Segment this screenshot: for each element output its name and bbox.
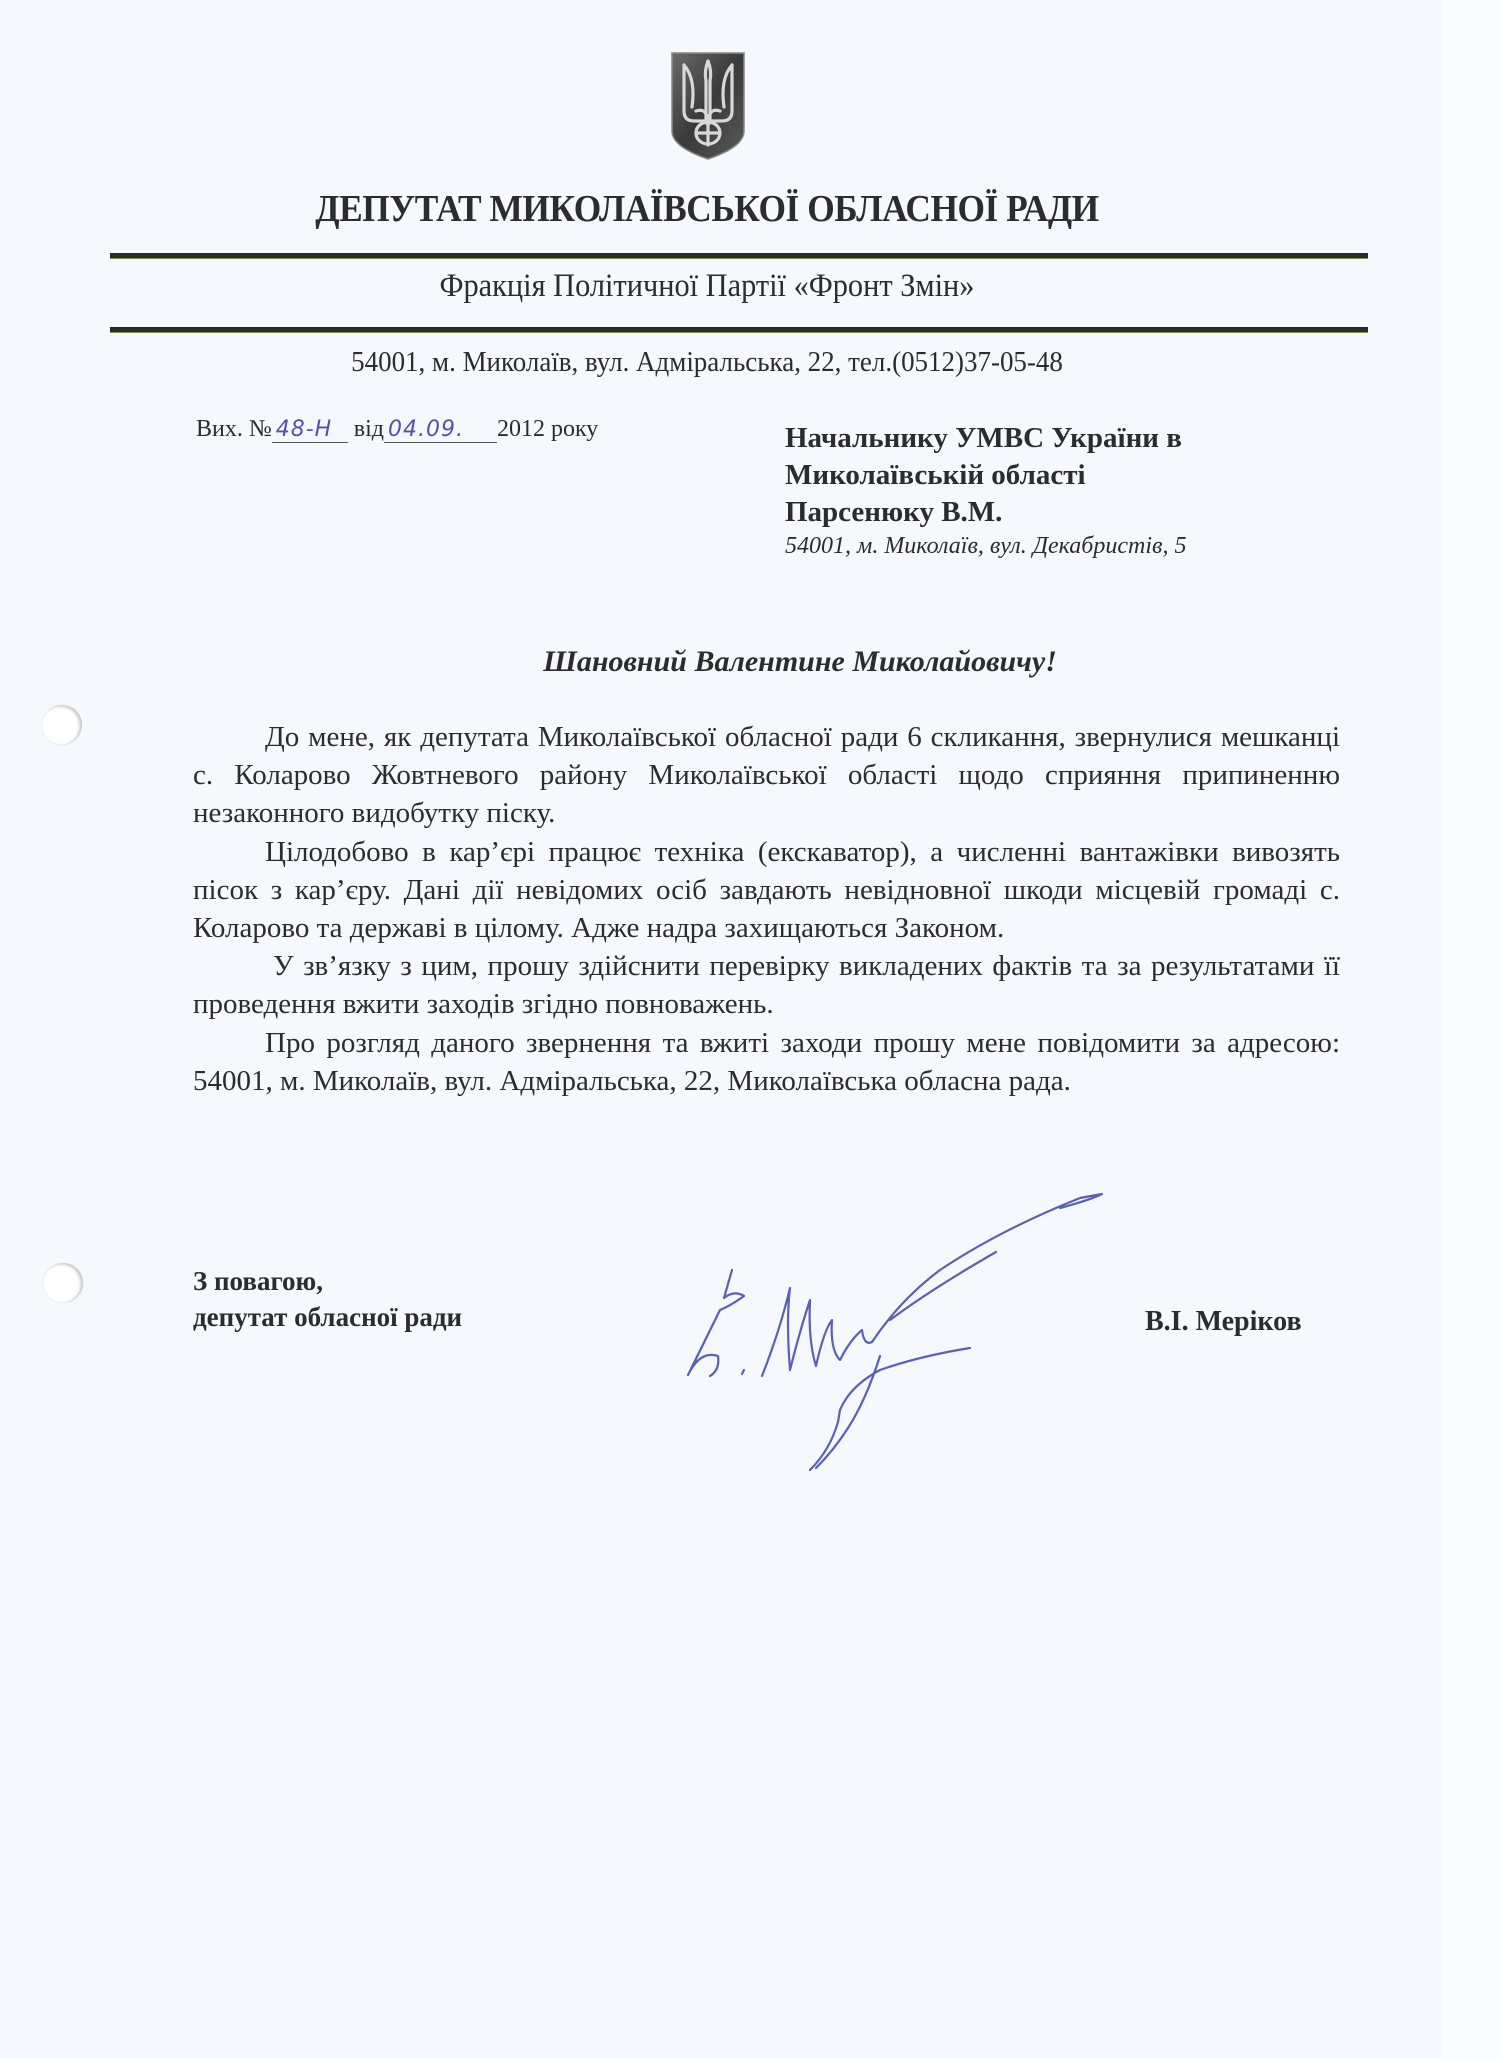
- body-paragraph: Про розгляд даного звернення та вжиті за…: [193, 1024, 1340, 1100]
- trident-coat-of-arms-icon: [670, 51, 746, 161]
- body-paragraph: До мене, як депутата Миколаївської облас…: [193, 718, 1340, 833]
- recipient-name: Парсенюку В.М.: [785, 494, 1186, 531]
- greeting: Шановний Валентине Миколайовичу!: [480, 645, 1120, 679]
- header-divider: [110, 327, 1368, 333]
- outgoing-number-handwritten: 48-Н: [272, 417, 348, 443]
- letterhead-title: ДЕПУТАТ МИКОЛАЇВСЬКОЇ ОБЛАСНОЇ РАДИ: [273, 187, 1142, 231]
- body-paragraph: У зв’язку з цим, прошу здійснити перевір…: [193, 947, 1340, 1023]
- header-divider: [110, 253, 1368, 259]
- recipient-line-2: Миколаївській області: [785, 457, 1186, 494]
- handwritten-signature-icon: [640, 1170, 1120, 1480]
- body-paragraph: Цілодобово в кар’єрі працює техніка (екс…: [193, 833, 1340, 948]
- closing-block: З повагою, депутат обласної ради: [193, 1263, 462, 1335]
- closing-salutation: З повагою,: [193, 1263, 462, 1299]
- signer-name: В.І. Меріков: [1145, 1306, 1302, 1338]
- letterhead-address: 54001, м. Миколаїв, вул. Адміральська, 2…: [273, 346, 1142, 379]
- closing-title: депутат обласної ради: [193, 1299, 462, 1335]
- letterhead-faction: Фракція Політичної Партії «Фронт Змін»: [277, 268, 1136, 305]
- reference-line: Вих. №48-Н від04.09.2012 року: [196, 416, 598, 443]
- reference-year: 2012 року: [497, 416, 598, 442]
- punch-hole-icon: [42, 705, 82, 745]
- punch-hole-icon: [43, 1263, 83, 1303]
- letter-body: До мене, як депутата Миколаївської облас…: [193, 718, 1340, 1100]
- outgoing-date-handwritten: 04.09.: [384, 417, 497, 443]
- recipient-address: 54001, м. Миколаїв, вул. Декабристів, 5: [785, 531, 1186, 561]
- reference-from-label: від: [354, 416, 384, 442]
- reference-prefix: Вих. №: [196, 416, 272, 442]
- recipient-block: Начальнику УМВС України в Миколаївській …: [785, 420, 1186, 561]
- recipient-line-1: Начальнику УМВС України в: [785, 420, 1186, 457]
- scan-edge: [1442, 0, 1500, 2059]
